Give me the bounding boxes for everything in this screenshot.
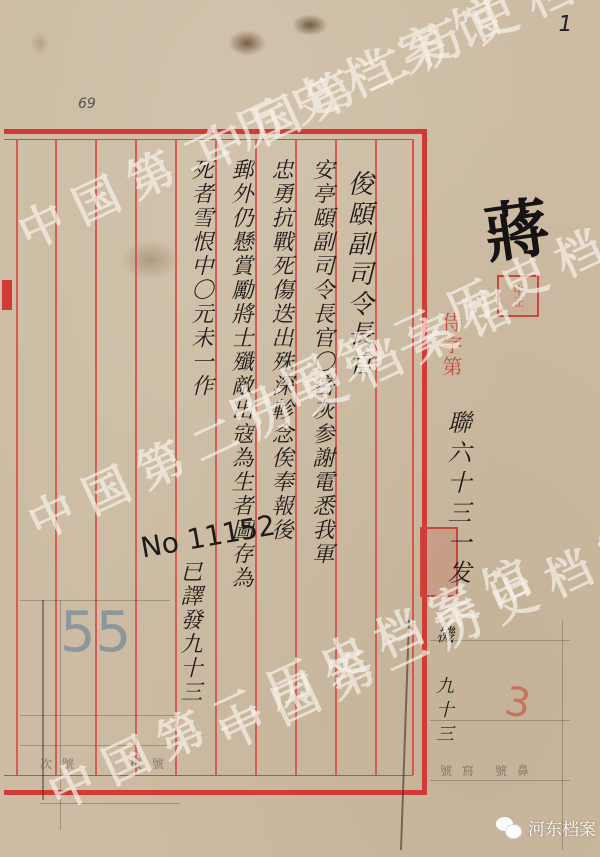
- water-stain: [30, 30, 50, 56]
- column-rule: [16, 139, 18, 775]
- form-grid-line: [430, 780, 570, 781]
- letter-line-5: 死者雪恨中〇元未一作: [185, 158, 215, 398]
- pencil-folio-number: 69: [78, 96, 96, 112]
- source-logo: 河东档案: [496, 815, 596, 840]
- ink-stain: [228, 30, 266, 56]
- form-label: 號 寫: [440, 762, 477, 779]
- wechat-icon: [496, 817, 522, 839]
- document-paper: 1 69 次 號 機 號 號 寫 號 鼻 俊頤副司令長官 安亭頤副司令長官〇密灰…: [0, 0, 600, 857]
- registration-note: 已譯發九十三: [174, 560, 204, 704]
- ink-stain: [292, 14, 328, 36]
- logo-text: 河东档案: [528, 815, 596, 840]
- form-label: 號 鼻: [495, 762, 532, 779]
- frame-tab-mark: [2, 280, 12, 310]
- blue-pencil-mark: 55: [60, 600, 131, 665]
